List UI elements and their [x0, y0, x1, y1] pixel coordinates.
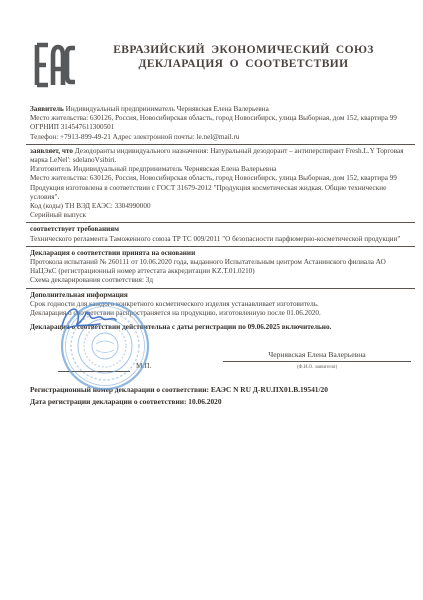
- validity-line: Декларация о соответствии действительна …: [30, 323, 411, 332]
- signatory-caption: (Ф.И.О. заявителя): [223, 362, 411, 372]
- applicant-line: Заявитель Индивидуальный предприниматель…: [30, 105, 411, 114]
- eac-logo-icon: [34, 42, 76, 93]
- product-description: Дезодоранты индивидуального назначения: …: [30, 147, 404, 164]
- coverage-line: Декларация о соответствии распространяет…: [30, 309, 411, 318]
- basis-heading: Декларация о соответствии принята на осн…: [30, 249, 411, 258]
- signatory-block: Чернявская Елена Валерьевна (Ф.И.О. заяв…: [223, 350, 411, 372]
- shelf-life-line: Срок годности для каждого конкретного ко…: [30, 300, 411, 309]
- gost-line: Продукция изготовлена в соответствии с Г…: [30, 184, 411, 202]
- applicant-address: Место жительства: 630126, Россия, Новоси…: [30, 114, 411, 123]
- applicant-name: Индивидуальный предприниматель Чернявска…: [66, 105, 269, 113]
- applicant-label: Заявитель: [30, 105, 64, 113]
- document-header: ЕВРАЗИЙСКИЙ ЭКОНОМИЧЕСКИЙ СОЮЗ ДЕКЛАРАЦИ…: [30, 40, 411, 93]
- declares-line: заявляет, что Дезодоранты индивидуальног…: [30, 147, 411, 165]
- additional-info-heading: Дополнительная информация: [30, 291, 411, 300]
- title-line-2: ДЕКЛАРАЦИЯ О СООТВЕТСТВИИ: [76, 57, 411, 71]
- section-divider: [26, 246, 415, 247]
- signature-row: М.П. Чернявская Елена Валерьевна (Ф.И.О.…: [30, 348, 411, 372]
- stamp-signature-line: [58, 357, 130, 372]
- registration-number-line: Регистрационный номер декларации о соотв…: [30, 384, 411, 396]
- section-divider: [26, 288, 415, 289]
- signatory-name: Чернявская Елена Валерьевна: [223, 350, 411, 362]
- tnved-code-line: Код (коды) ТН ВЭД ЕАЭС: 3304990000: [30, 202, 411, 211]
- declaration-document: ЕВРАЗИЙСКИЙ ЭКОНОМИЧЕСКИЙ СОЮЗ ДЕКЛАРАЦИ…: [0, 0, 423, 408]
- document-title: ЕВРАЗИЙСКИЙ ЭКОНОМИЧЕСКИЙ СОЮЗ ДЕКЛАРАЦИ…: [76, 40, 411, 71]
- applicant-contacts: Телефон: +7913-899-49-21 Адрес электронн…: [30, 133, 411, 142]
- declares-label: заявляет, что: [30, 147, 73, 155]
- title-line-1: ЕВРАЗИЙСКИЙ ЭКОНОМИЧЕСКИЙ СОЮЗ: [76, 43, 411, 57]
- basis-protocol: Протокола испытаний № 260111 от 10.06.20…: [30, 258, 411, 276]
- mp-label: М.П.: [136, 362, 151, 371]
- compliance-heading: соответствует требованиям: [30, 225, 411, 234]
- compliance-text: Технического регламента Таможенного союз…: [30, 235, 411, 244]
- manufacturer-line: Изготовитель Индивидуальный предпринимат…: [30, 165, 411, 174]
- section-divider: [26, 222, 415, 223]
- registration-date-line: Дата регистрации декларации о соответств…: [30, 396, 411, 408]
- manufacturer-address: Место жительства: 630126, Россия, Новоси…: [30, 174, 411, 183]
- basis-scheme: Схема декларирования соответствия: 3д: [30, 276, 411, 285]
- release-type-line: Серийный выпуск: [30, 211, 411, 220]
- applicant-ogrnip: ОГРНИП 314547611300501: [30, 123, 411, 132]
- section-divider: [26, 144, 415, 145]
